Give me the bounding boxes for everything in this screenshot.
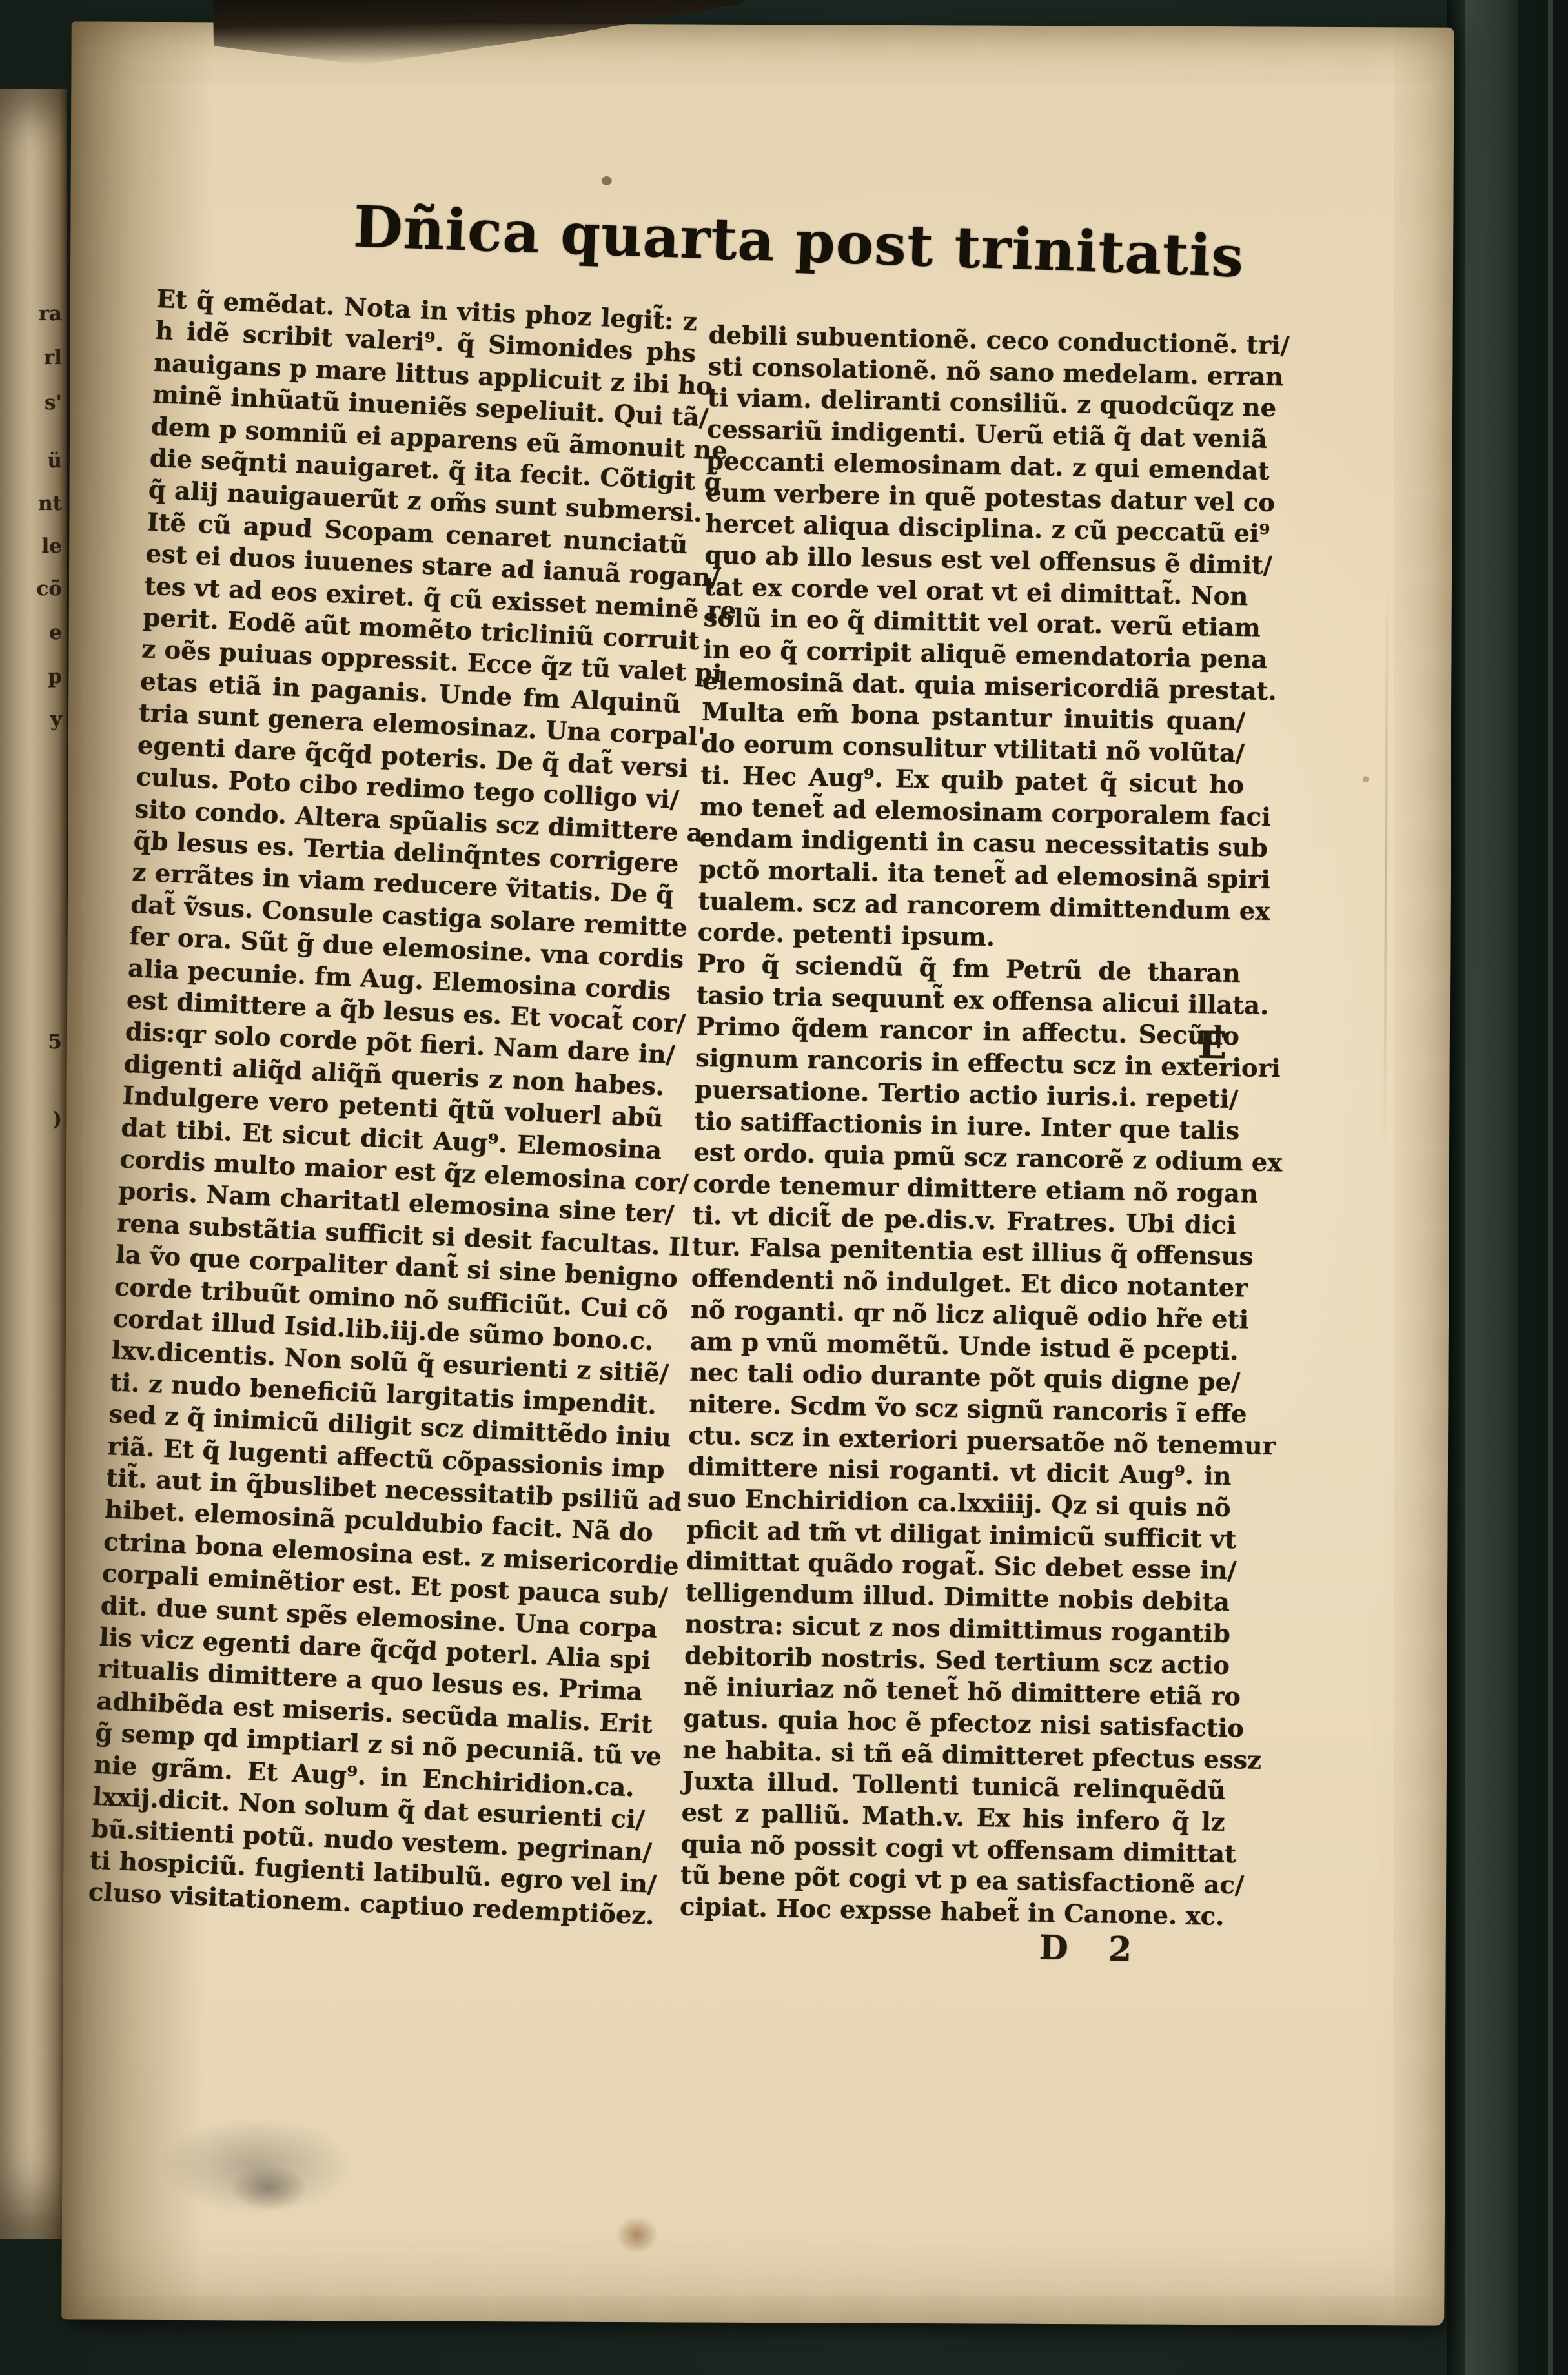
page-edge-highlight — [1548, 0, 1553, 2375]
adjacent-page-edge: rarls'üntlecõepy5) — [0, 89, 67, 2239]
smudge-stain-small — [230, 2165, 307, 2211]
text-line: cõ — [36, 577, 62, 600]
scan-background-strip — [1518, 0, 1568, 2375]
text-line: ) — [52, 1108, 62, 1131]
text-line: nt — [38, 492, 62, 515]
margin-text-fragments: rarls'üntlecõepy5) — [0, 89, 67, 2239]
brown-fleck-stain — [616, 2216, 658, 2254]
text-column-left: Et q̃ emẽdat. Nota in vitis phoz legit̃:… — [88, 283, 698, 1932]
text-line: s' — [45, 391, 62, 414]
page-title: Dñica quarta post trinitatis — [352, 192, 1090, 285]
scanned-book-photo: { "page": { "title": "Dñica quarta post … — [0, 0, 1568, 2375]
text-line: rl — [44, 346, 62, 369]
text-line: ra — [39, 302, 62, 325]
text-line: p — [48, 665, 62, 688]
text-line: 5 — [48, 1030, 62, 1054]
text-line: y — [50, 708, 62, 731]
paper-crease — [1383, 576, 1389, 1157]
ink-speck — [602, 176, 612, 185]
catchletter-e: E — [1197, 1023, 1227, 1068]
signature-mark: D 2 — [1039, 1928, 1146, 1970]
text-column-right: debili subuentionẽ. ceco conductionẽ. tr… — [680, 320, 1252, 1933]
book-edge-strip — [1465, 0, 1518, 2375]
text-line: le — [42, 535, 63, 558]
text-line: e — [49, 621, 62, 644]
book-page: Dñica quarta post trinitatis Et q̃ emẽda… — [61, 21, 1454, 2325]
text-line: ü — [47, 449, 62, 473]
foxing-dot — [1363, 776, 1369, 782]
